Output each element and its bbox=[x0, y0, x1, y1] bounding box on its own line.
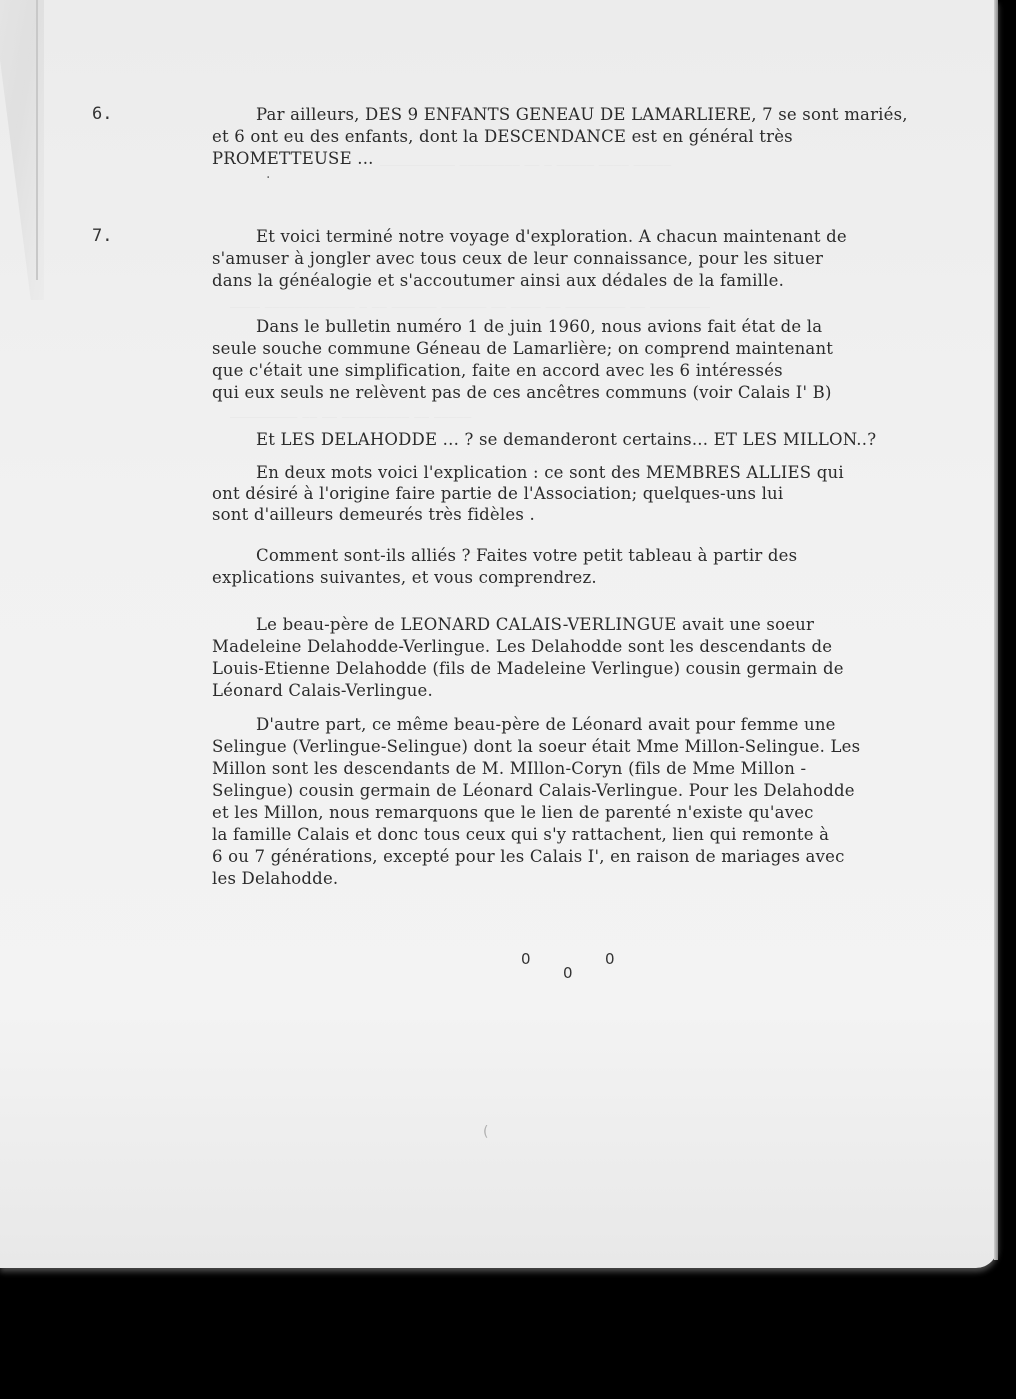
text-line: seule souche commune Géneau de Lamarlièr… bbox=[212, 338, 992, 360]
stray-mark: ( bbox=[483, 1124, 488, 1140]
separator-mark: 0 bbox=[521, 950, 531, 968]
text-line: s'amuser à jongler avec tous ceux de leu… bbox=[212, 248, 992, 270]
paragraph: Par ailleurs, DES 9 ENFANTS GENEAU DE LA… bbox=[212, 104, 992, 170]
text-line: les Delahodde. bbox=[212, 868, 992, 890]
text-line: dans la généalogie et s'accoutumer ainsi… bbox=[212, 270, 992, 292]
paragraph: Comment sont-ils alliés ? Faites votre p… bbox=[212, 545, 992, 589]
text-line: et les Millon, nous remarquons que le li… bbox=[212, 802, 992, 824]
separator-mark: 0 bbox=[605, 950, 615, 968]
text-line: explications suivantes, et vous comprend… bbox=[212, 567, 992, 589]
text-line: En deux mots voici l'explication : ce so… bbox=[212, 462, 992, 484]
text-line: Louis-Etienne Delahodde (fils de Madelei… bbox=[212, 658, 992, 680]
paragraph: D'autre part, ce même beau-père de Léona… bbox=[212, 714, 992, 890]
separator-mark: 0 bbox=[563, 964, 573, 982]
text-line: Léonard Calais-Verlingue. bbox=[212, 680, 992, 702]
text-line: 6 ou 7 générations, excepté pour les Cal… bbox=[212, 846, 992, 868]
text-line: Et voici terminé notre voyage d'explorat… bbox=[212, 226, 992, 248]
text-line: Dans le bulletin numéro 1 de juin 1960, … bbox=[212, 316, 992, 338]
text-line: ont désiré à l'origine faire partie de l… bbox=[212, 484, 992, 504]
section-number: 6. bbox=[92, 104, 112, 124]
text-line: et 6 ont eu des enfants, dont la DESCEND… bbox=[212, 126, 992, 148]
paragraph: Le beau-père de LEONARD CALAIS-VERLINGUE… bbox=[212, 614, 992, 702]
page-edge-shadow bbox=[994, 0, 998, 1260]
scanned-document: __________ ________ __ _ _____ ____ ____… bbox=[0, 0, 1016, 1399]
text-line: qui eux seuls ne relèvent pas de ces anc… bbox=[212, 382, 992, 404]
paragraph: Et LES DELAHODDE ... ? se demanderont ce… bbox=[212, 429, 992, 451]
text-line: Madeleine Delahodde-Verlingue. Les Delah… bbox=[212, 636, 992, 658]
text-line: Par ailleurs, DES 9 ENFANTS GENEAU DE LA… bbox=[212, 104, 992, 126]
paragraph: En deux mots voici l'explication : ce so… bbox=[212, 462, 992, 526]
text-line: Millon sont les descendants de M. MIllon… bbox=[212, 758, 992, 780]
text-line: Selingue) cousin germain de Léonard Cala… bbox=[212, 780, 992, 802]
paragraph: Dans le bulletin numéro 1 de juin 1960, … bbox=[212, 316, 992, 404]
paper-page: __________ ________ __ _ _____ ____ ____… bbox=[0, 0, 998, 1268]
fold-crease bbox=[36, 0, 38, 280]
text-line: Comment sont-ils alliés ? Faites votre p… bbox=[212, 545, 992, 567]
text-line: Le beau-père de LEONARD CALAIS-VERLINGUE… bbox=[212, 614, 992, 636]
text-line: Et LES DELAHODDE ... ? se demanderont ce… bbox=[212, 429, 992, 451]
paragraph: Et voici terminé notre voyage d'explorat… bbox=[212, 226, 992, 292]
ink-speck: · bbox=[266, 170, 270, 186]
text-line: la famille Calais et donc tous ceux qui … bbox=[212, 824, 992, 846]
section-number: 7. bbox=[92, 226, 112, 246]
text-line: que c'était une simplification, faite en… bbox=[212, 360, 992, 382]
bleed-through-text: ____ ____________ _ __ ______ ______ __ … bbox=[230, 290, 710, 308]
text-line: D'autre part, ce même beau-père de Léona… bbox=[212, 714, 992, 736]
text-line: Selingue (Verlingue-Selingue) dont la so… bbox=[212, 736, 992, 758]
text-line: PROMETTEUSE ... bbox=[212, 148, 992, 170]
text-line: sont d'ailleurs demeurés très fidèles . bbox=[212, 504, 992, 526]
